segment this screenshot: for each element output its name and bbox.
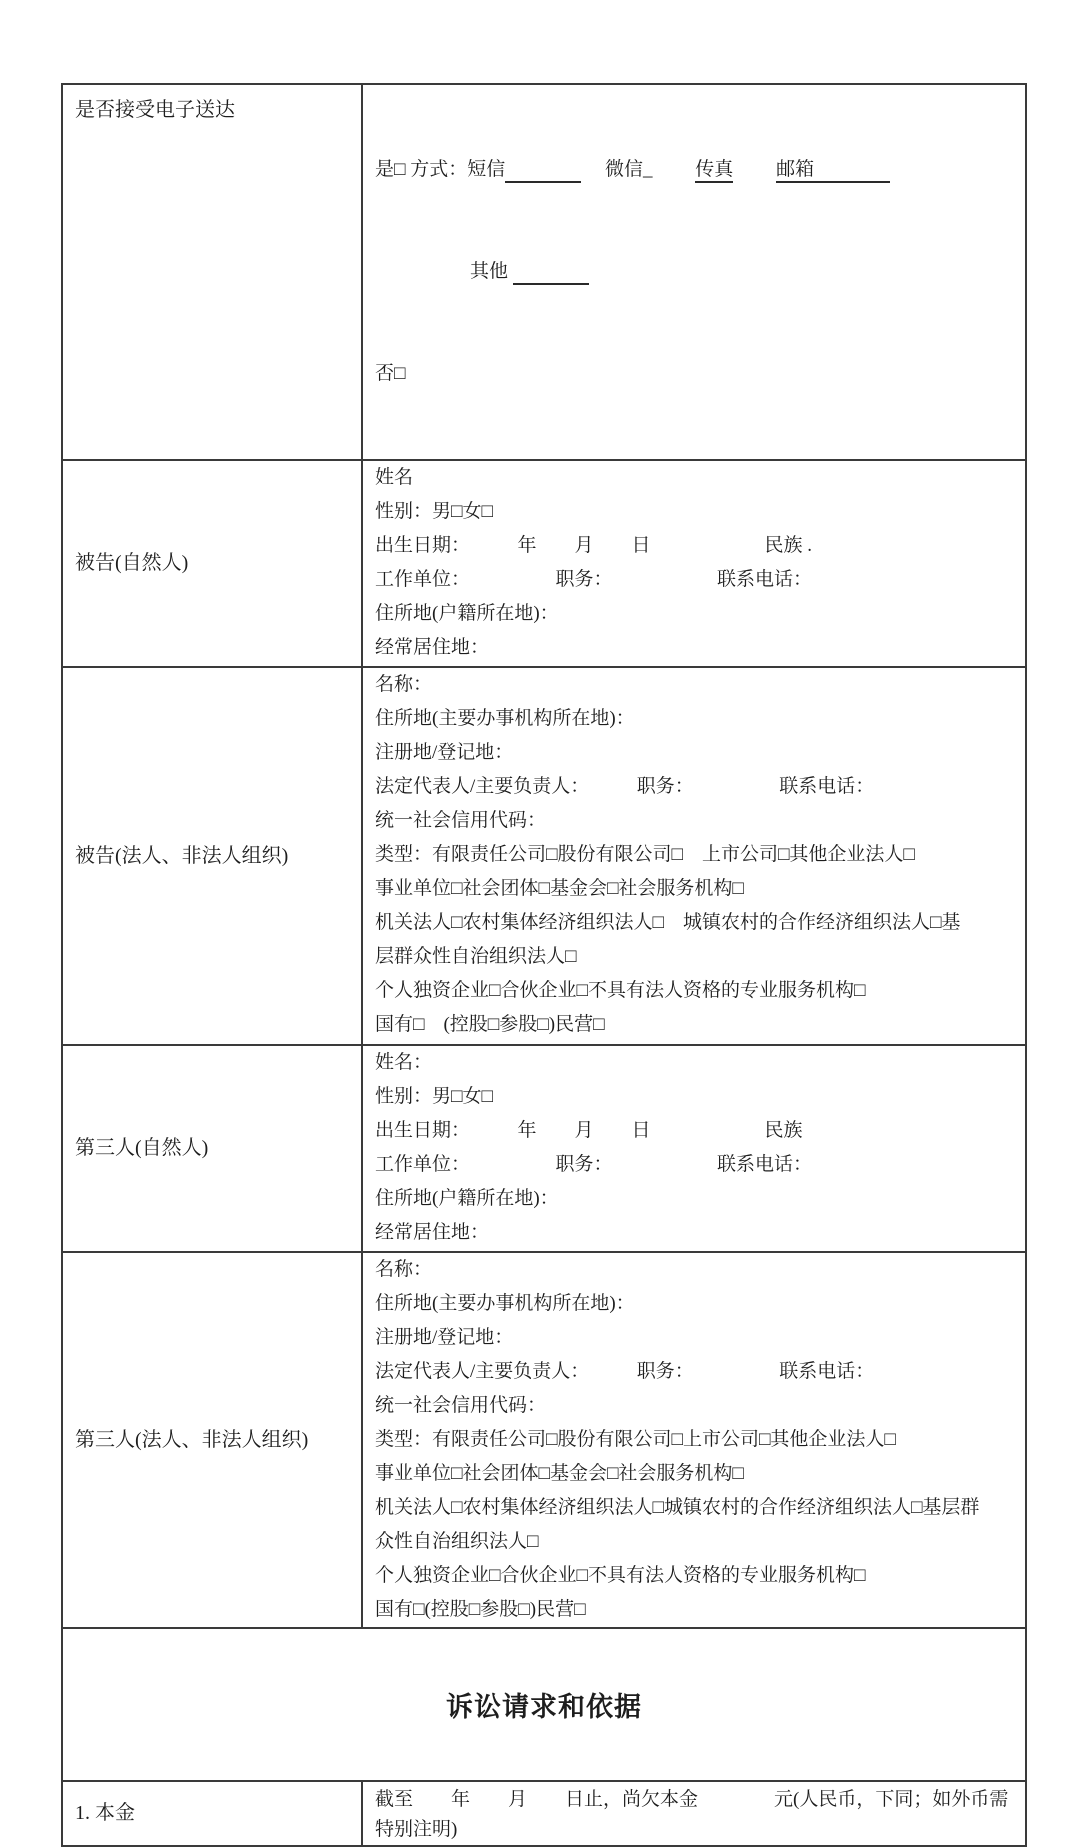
row-third-party-natural-person: 第三人(自然人) 姓名： 性别：男□女□ 出生日期： 年 月 日 民族 工作单位… — [62, 1045, 1026, 1252]
electronic-other-line: 其他 — [375, 255, 1013, 289]
electronic-service-content: 是□ 方式：短信 微信_ 传真 邮箱 其他 否□ — [362, 84, 1026, 460]
mailbox-underlined-text: 邮箱 — [776, 159, 890, 183]
row-defendant-organization: 被告(法人、非法人组织) 名称： 住所地(主要办事机构所在地)： 注册地/登记地… — [62, 667, 1026, 1045]
third-party-org-fields: 名称： 住所地(主要办事机构所在地)： 注册地/登记地： 法定代表人/主要负责人… — [362, 1252, 1026, 1620]
defendant-org-label: 被告(法人、非法人组织) — [62, 667, 362, 1045]
litigation-form-table: 是否接受电子送达 是□ 方式：短信 微信_ 传真 邮箱 其他 否□ 被告(自然人… — [61, 83, 1027, 1620]
third-party-org-label: 第三人(法人、非法人组织) — [62, 1252, 362, 1620]
third-party-person-label: 第三人(自然人) — [62, 1045, 362, 1252]
other-blank-underline — [513, 261, 589, 285]
gap — [653, 159, 696, 180]
defendant-person-label: 被告(自然人) — [62, 460, 362, 667]
defendant-org-fields: 名称： 住所地(主要办事机构所在地)： 注册地/登记地： 法定代表人/主要负责人… — [362, 667, 1026, 1045]
electronic-service-label: 是否接受电子送达 — [62, 84, 362, 460]
row-electronic-service: 是否接受电子送达 是□ 方式：短信 微信_ 传真 邮箱 其他 否□ — [62, 84, 1026, 460]
row-third-party-organization: 第三人(法人、非法人组织) 名称： 住所地(主要办事机构所在地)： 注册地/登记… — [62, 1252, 1026, 1620]
document-page: 是否接受电子送达 是□ 方式：短信 微信_ 传真 邮箱 其他 否□ 被告(自然人… — [0, 0, 1080, 1620]
row-defendant-natural-person: 被告(自然人) 姓名 性别：男□女□ 出生日期： 年 月 日 民族 . 工作单位… — [62, 460, 1026, 667]
third-party-person-fields: 姓名： 性别：男□女□ 出生日期： 年 月 日 民族 工作单位： 职务： 联系电… — [362, 1045, 1026, 1252]
yes-checkbox-text: 是□ 方式：短信 — [375, 159, 505, 180]
defendant-person-fields: 姓名 性别：男□女□ 出生日期： 年 月 日 民族 . 工作单位： 职务： 联系… — [362, 460, 1026, 667]
wechat-blank-text: 微信_ — [605, 159, 653, 180]
gap — [581, 159, 605, 180]
fax-underlined-text: 传真 — [695, 159, 733, 183]
electronic-yes-line: 是□ 方式：短信 微信_ 传真 邮箱 — [375, 153, 1013, 187]
sms-blank-underline — [505, 159, 581, 183]
gap — [733, 159, 776, 180]
other-option-text: 其他 — [375, 261, 513, 282]
electronic-no-line: 否□ — [375, 357, 1013, 391]
